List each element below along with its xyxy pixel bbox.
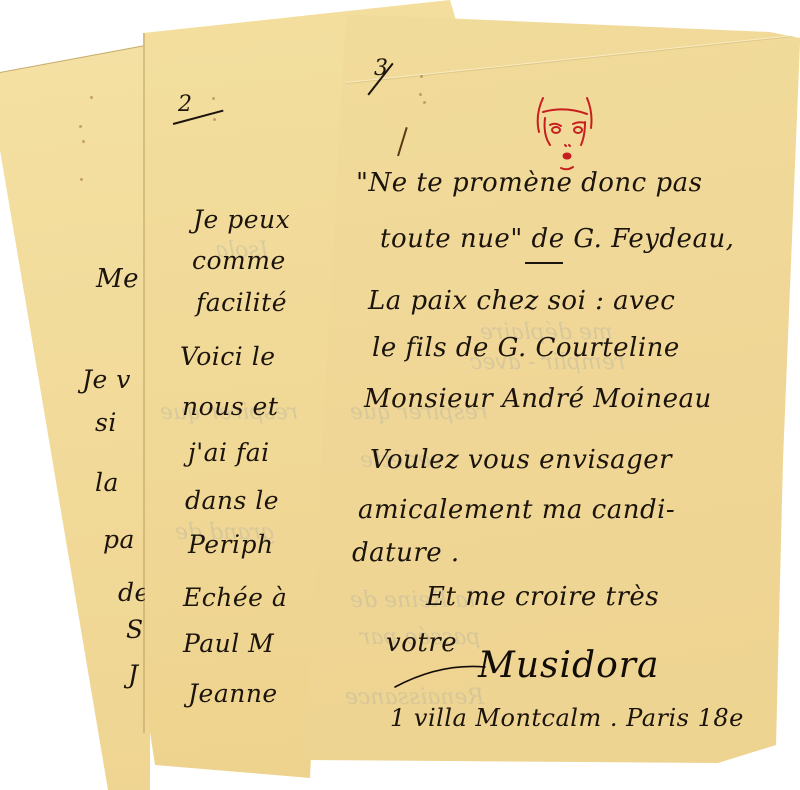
ink-stroke-mark [397, 127, 408, 156]
letter-line: dature . [352, 540, 460, 566]
pin-hole [420, 75, 423, 78]
letter-line: Monsieur André Moineau [364, 386, 712, 412]
face-sketch-icon [525, 90, 605, 175]
closing-line: votre [386, 630, 457, 656]
letter-page-3: me déplaire remplir - avec respirer que … [0, 0, 800, 790]
letter-photo: Me Je v si la pa de S J Isola respirer q… [0, 0, 800, 790]
letter-line: Voulez vous envisager [370, 447, 672, 473]
letter-line: le fils de G. Courteline [372, 335, 680, 361]
letter-line: La paix chez soi : avec [368, 288, 675, 314]
paper-crease [346, 35, 794, 83]
underline-stroke [525, 262, 563, 264]
pin-hole [419, 93, 422, 96]
letter-line: toute nue" de G. Feydeau, [380, 226, 734, 252]
letter-line: amicalement ma candi- [358, 497, 675, 523]
signature: Musidora [478, 645, 659, 686]
pin-hole [423, 101, 426, 104]
sender-address: 1 villa Montcalm . Paris 18e [390, 706, 744, 730]
page-3-content: me déplaire remplir - avec respirer que … [0, 0, 800, 790]
closing-line: Et me croire très [426, 584, 659, 610]
letter-line: "Ne te promène donc pas [356, 170, 702, 196]
